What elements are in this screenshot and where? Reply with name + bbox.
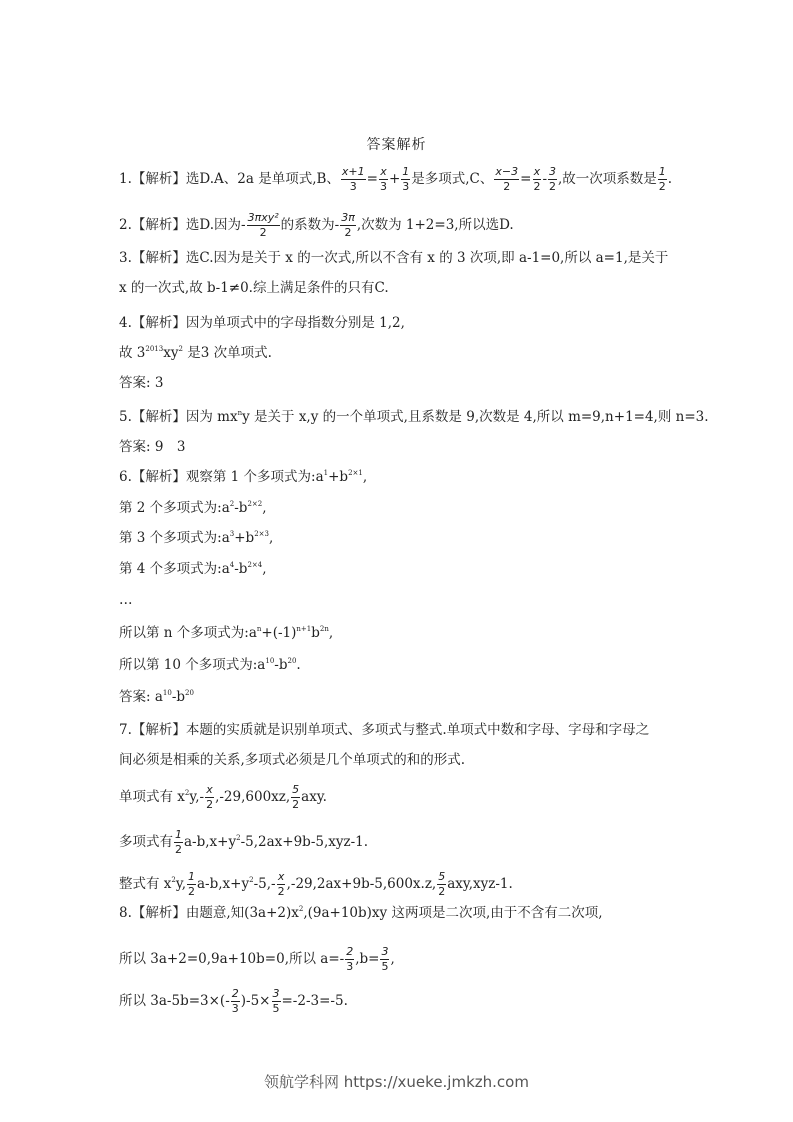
item-6-tenth: 所以第 10 个多项式为:a10-b20.	[119, 655, 301, 675]
item-8-line-1: 8.【解析】由题意,知(3a+2)x2,(9a+10b)xy 这两项是二次项,由…	[119, 903, 603, 923]
footer-watermark: 领航学科网 https://xueke.jmkzh.com	[0, 1071, 793, 1092]
item-6-line-2: 第 2 个多项式为:a2-b2×2,	[119, 498, 267, 518]
page-title: 答案解析	[0, 134, 793, 154]
item-6-line-1: 6.【解析】观察第 1 个多项式为:a1+b2×1,	[119, 467, 367, 487]
fraction: 13	[401, 165, 410, 194]
text: 1.【解析】选D.A、2a 是单项式,B、	[119, 171, 340, 187]
item-5-line: 5.【解析】因为 mxny 是关于 x,y 的一个单项式,且系数是 9,次数是 …	[119, 407, 709, 427]
fraction: 12	[658, 165, 667, 194]
item-6-line-3: 第 3 个多项式为:a3+b2×3,	[119, 528, 273, 548]
fraction: x+13	[341, 165, 366, 194]
item-6-ellipsis: …	[119, 590, 133, 610]
item-4-line-1: 4.【解析】因为单项式中的字母指数分别是 1,2,	[119, 313, 405, 333]
fraction: 35	[272, 987, 281, 1016]
fraction: 35	[380, 945, 389, 974]
item-7-line-1: 7.【解析】本题的实质就是识别单项式、多项式与整式.单项式中数和字母、字母和字母…	[119, 720, 649, 740]
item-7-integral: 整式有 x2y,12a-b,x+y2-5,-x2,-29,2ax+9b-5,60…	[119, 870, 513, 899]
fraction: x3	[379, 165, 388, 194]
item-6-answer: 答案: a10-b20	[119, 687, 194, 707]
fraction: 12	[174, 828, 183, 857]
fraction: x−32	[494, 165, 519, 194]
fraction: x2	[205, 783, 214, 812]
fraction: x2	[532, 165, 541, 194]
item-2: 2.【解析】选D.因为-3πxy²2的系数为-3π2,次数为 1+2=3,所以选…	[119, 211, 514, 240]
fraction: 32	[548, 165, 557, 194]
fraction: x2	[277, 870, 286, 899]
item-7-polynomials: 多项式有12a-b,x+y2-5,2ax+9b-5,xyz-1.	[119, 828, 368, 857]
fraction: 23	[231, 987, 240, 1016]
fraction: 3π2	[340, 211, 356, 240]
item-7-line-2: 间必须是相乘的关系,多项式必须是几个单项式的和的形式.	[119, 750, 465, 770]
fraction: 3πxy²2	[247, 211, 280, 240]
fraction: 52	[437, 870, 446, 899]
item-5-answer: 答案: 9 3	[119, 437, 186, 457]
item-4-answer: 答案: 3	[119, 373, 163, 393]
item-4-line-2: 故 32013xy2 是3 次单项式.	[119, 343, 272, 363]
item-8-line-3: 所以 3a-5b=3×(-23)-5×35=-2-3=-5.	[119, 987, 348, 1016]
item-1: 1.【解析】选D.A、2a 是单项式,B、x+13=x3+13是多项式,C、x−…	[119, 165, 672, 194]
item-6-general: 所以第 n 个多项式为:an+(-1)n+1b2n,	[119, 623, 333, 643]
item-7-monomials: 单项式有 x2y,-x2,-29,600xz,52axy.	[119, 783, 327, 812]
item-8-line-2: 所以 3a+2=0,9a+10b=0,所以 a=-23,b=35,	[119, 945, 395, 974]
fraction: 52	[291, 783, 300, 812]
fraction: 23	[345, 945, 354, 974]
fraction: 12	[187, 870, 196, 899]
item-6-line-4: 第 4 个多项式为:a4-b2×4,	[119, 559, 267, 579]
item-3-line-2: x 的一次式,故 b-1≠0.综上满足条件的只有C.	[119, 278, 389, 298]
item-3-line-1: 3.【解析】选C.因为是关于 x 的一次式,所以不含有 x 的 3 次项,即 a…	[119, 248, 668, 268]
